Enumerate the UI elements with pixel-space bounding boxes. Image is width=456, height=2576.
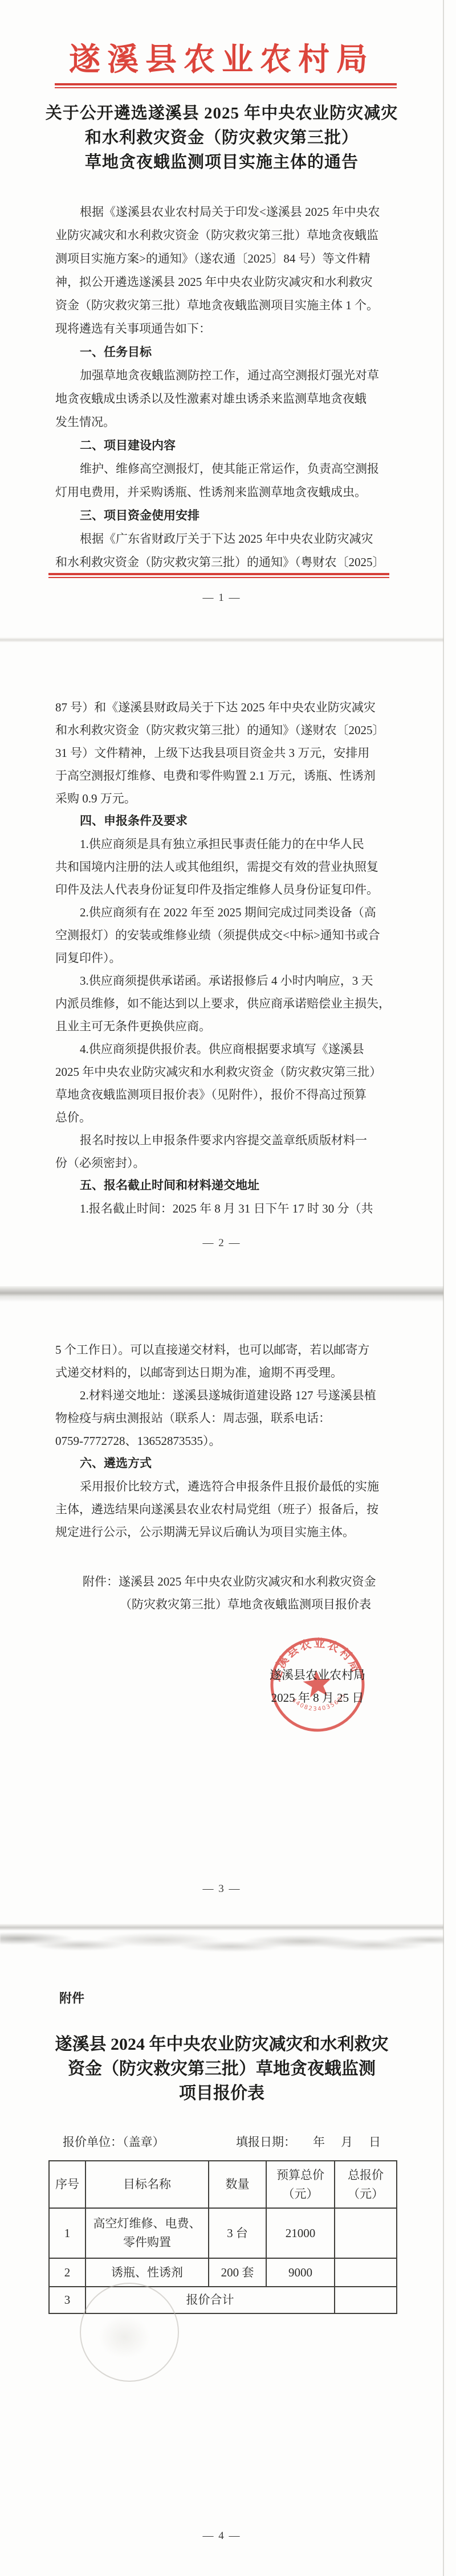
body-line: 式递交材料的，以邮寄到达日期为准，逾期不再受理。 xyxy=(55,1361,401,1384)
row-no-cell: 3 xyxy=(49,2287,85,2313)
body-line: 87 号）和《遂溪县财政局关于下达 2025 年中央农业防灾减灾 xyxy=(55,696,401,719)
section-heading: 六、遴选方式 xyxy=(55,1452,401,1475)
section-heading: 二、项目建设内容 xyxy=(55,434,401,457)
row-no-cell: 1 xyxy=(49,2208,85,2258)
quantity-cell: 3 台 xyxy=(209,2208,266,2258)
quote-cell xyxy=(335,2287,397,2313)
body-line: 发生情况。 xyxy=(55,411,401,434)
body-line: 根据《广东省财政厅关于下达 2025 年中央农业防灾减灾 xyxy=(55,527,401,551)
body-line: 神，拟公开遴选遂溪县 2025 年中央农业防灾减灾和水利救灾 xyxy=(55,271,401,294)
budget-cell: 9000 xyxy=(266,2258,335,2287)
fill-date-day: 日 xyxy=(369,2135,381,2149)
attachment-label: 附件 xyxy=(59,1991,84,2006)
item-name-cell: 高空灯维修、电费、 零件购置 xyxy=(85,2208,209,2258)
red-footer-rule-thin xyxy=(48,577,389,578)
body-line: 份（必须密封）。 xyxy=(55,1152,401,1174)
doc-title-line: 草地贪夜蛾监测项目实施主体的通告 xyxy=(0,150,443,175)
seal-bleed-through xyxy=(80,2283,179,2382)
page-1: 遂溪县农业农村局 关于公开遴选遂溪县 2025 年中央农业防灾减灾 和水利救灾资… xyxy=(0,0,456,640)
body-line: 且业主可无条件更换供应商。 xyxy=(55,1015,401,1038)
page-4: 附件 遂溪县 2024 年中央农业防灾减灾和水利救灾 资金（防灾救灾第三批）草地… xyxy=(0,1930,456,2576)
budget-cell: 21000 xyxy=(266,2208,335,2258)
body-line: 共和国境内注册的法人或其他组织，需提交有效的营业执照复 xyxy=(55,855,401,878)
body-line: 5 个工作日）。可以直接递交材料，也可以邮寄，若以邮寄方 xyxy=(55,1338,401,1361)
body-line: 3.供应商须提供承诺函。承诺报修后 4 小时内响应，3 天 xyxy=(55,969,401,992)
scan-noise-band xyxy=(0,1931,443,1957)
scanned-notice-document: 遂溪县农业农村局 关于公开遴选遂溪县 2025 年中央农业防灾减灾 和水利救灾资… xyxy=(0,0,456,2576)
body-line: 草地贪夜蛾监测项目报价表》（见附件），报价不得高过预算 xyxy=(55,1083,401,1106)
table-header-cell: 数量 xyxy=(209,2161,266,2208)
page-number: — 3 — xyxy=(0,1883,443,1895)
issue-date: 2025 年 8 月 25 日 xyxy=(258,1690,377,1705)
body-line: 和水利救灾资金（防灾救灾第三批）的通知》（遂财农〔2025〕 xyxy=(55,719,401,742)
quote-unit-label: 报价单位：（盖章） xyxy=(63,2135,165,2149)
body-line: 和水利救灾资金（防灾救灾第三批）的通知》（粤财农〔2025〕 xyxy=(55,551,401,574)
body-line: 采购 0.9 万元。 xyxy=(55,787,401,810)
body-line: 31 号）文件精神，上级下达我县项目资金共 3 万元，安排用 xyxy=(55,742,401,764)
scan-edge-line xyxy=(443,0,444,2576)
official-seal: 遂溪县农业农村局 4408234035605 xyxy=(263,1631,372,1739)
body-line: 现将遴选有关事项通告如下： xyxy=(55,317,401,341)
body-line: 1.供应商须是具有独立承担民事责任能力的在中华人民 xyxy=(55,833,401,855)
quantity-cell: 200 套 xyxy=(209,2258,266,2287)
table-header-cell: 目标名称 xyxy=(85,2161,209,2208)
agency-red-header: 遂溪县农业农村局 xyxy=(0,43,443,76)
item-name-cell: 诱瓶、性诱剂 xyxy=(85,2258,209,2287)
body-line: 总价。 xyxy=(55,1106,401,1129)
body-line: 空测报灯）的安装或维修业绩（须提供成交<中标>通知书或合 xyxy=(55,924,401,947)
body-line: 0759-7772728、13652873535）。 xyxy=(55,1430,401,1452)
body-line: 测项目实施方案>的通知》（遂农通〔2025〕84 号）等文件精 xyxy=(55,247,401,271)
page-3-body: 5 个工作日）。可以直接递交材料，也可以邮寄，若以邮寄方 式递交材料的，以邮寄到… xyxy=(55,1338,401,1543)
red-footer-rule-thick xyxy=(48,573,389,575)
body-line: 资金（防灾救灾第三批）草地贪夜蛾监测项目实施主体 1 个。 xyxy=(55,294,401,317)
doc-title: 关于公开遴选遂溪县 2025 年中央农业防灾减灾 和水利救灾资金（防灾救灾第三批… xyxy=(0,101,443,175)
body-line: 加强草地贪夜蛾监测防控工作，通过高空测报灯强光对草 xyxy=(55,364,401,387)
doc-title-line: 关于公开遴选遂溪县 2025 年中央农业防灾减灾 xyxy=(0,101,443,126)
body-line: 同复印件）。 xyxy=(55,947,401,969)
page-1-body: 根据《遂溪县农业农村局关于印发<遂溪县 2025 年中央农 业防灾减灾和水利救灾… xyxy=(55,200,401,574)
section-heading: 三、项目资金使用安排 xyxy=(55,504,401,527)
table-header-cell: 序号 xyxy=(49,2161,85,2208)
body-line: 4.供应商须提供报价表。供应商根据要求填写《遂溪县 xyxy=(55,1038,401,1060)
body-line: 地贪夜蛾成虫诱杀以及性激素对雄虫诱杀来监测草地贪夜蛾 xyxy=(55,387,401,411)
body-line: 规定进行公示，公示期满无异议后确认为项目实施主体。 xyxy=(55,1521,401,1543)
body-line: 2.材料递交地址：遂溪县遂城街道建设路 127 号遂溪县植 xyxy=(55,1384,401,1407)
row-no-cell: 2 xyxy=(49,2258,85,2287)
table-row: 1 高空灯维修、电费、 零件购置 3 台 21000 xyxy=(49,2208,397,2258)
section-heading: 一、任务目标 xyxy=(55,341,401,364)
body-line: 维护、维修高空测报灯，使其能正常运作，负责高空测报 xyxy=(55,457,401,481)
body-line: 采用报价比较方式，遴选符合申报条件且报价最低的实施 xyxy=(55,1475,401,1498)
body-line: 业防灾减灾和水利救灾资金（防灾救灾第三批）草地贪夜蛾监 xyxy=(55,224,401,247)
issuer-name: 遂溪县农业农村局 xyxy=(258,1668,377,1682)
body-line: 物检疫与病虫测报站（联系人：周志强，联系电话： xyxy=(55,1407,401,1430)
fill-date-label: 填报日期： xyxy=(236,2135,296,2149)
page-number: — 1 — xyxy=(0,592,443,604)
body-line: 2025 年中央农业防灾减灾和水利救灾资金（防灾救灾第三批） xyxy=(55,1060,401,1083)
attachment-reference-line: 附件：遂溪县 2025 年中央农业防灾减灾和水利救灾资金 xyxy=(83,1570,402,1593)
table-header-cell: 总报价 （元） xyxy=(335,2161,397,2208)
body-line: 灯用电费用，并采购诱瓶、性诱剂来监测草地贪夜蛾成虫。 xyxy=(55,481,401,504)
body-line: 于高空测报灯维修、电费和零件购置 2.1 万元，诱瓶、性诱剂 xyxy=(55,764,401,787)
page-2-body: 87 号）和《遂溪县财政局关于下达 2025 年中央农业防灾减灾 和水利救灾资金… xyxy=(55,696,401,1220)
body-line: 印件及法人代表身份证复印件及指定维修人员身份证复印件。 xyxy=(55,878,401,901)
table-row: 2 诱瓶、性诱剂 200 套 9000 xyxy=(49,2258,397,2287)
body-line: 根据《遂溪县农业农村局关于印发<遂溪县 2025 年中央农 xyxy=(55,200,401,224)
quote-cell xyxy=(335,2258,397,2287)
fill-date-month: 月 xyxy=(341,2135,353,2149)
attachment-title-line: 项目报价表 xyxy=(0,2081,443,2106)
doc-title-line: 和水利救灾资金（防灾救灾第三批） xyxy=(0,126,443,150)
section-heading: 四、申报条件及要求 xyxy=(55,810,401,833)
attachment-title: 遂溪县 2024 年中央农业防灾减灾和水利救灾 资金（防灾救灾第三批）草地贪夜蛾… xyxy=(0,2032,443,2106)
page-3: 5 个工作日）。可以直接递交材料，也可以邮寄，若以邮寄方 式递交材料的，以邮寄到… xyxy=(0,1293,456,1930)
red-separator-thick xyxy=(55,83,397,85)
attachment-title-line: 资金（防灾救灾第三批）草地贪夜蛾监测 xyxy=(0,2057,443,2081)
table-header-cell: 预算总价 （元） xyxy=(266,2161,335,2208)
section-heading: 五、报名截止时间和材料递交地址 xyxy=(55,1174,401,1197)
body-line: 内派员维修，如不能达到以上要求，供应商承诺赔偿业主损失， xyxy=(55,992,401,1015)
body-line: 2.供应商须有在 2022 年至 2025 期间完成过同类设备（高 xyxy=(55,901,401,924)
table-header-row: 序号 目标名称 数量 预算总价 （元） 总报价 （元） xyxy=(49,2161,397,2208)
page-number: — 2 — xyxy=(0,1237,443,1250)
body-line: 1.报名截止时间：2025 年 8 月 31 日下午 17 时 30 分（共 xyxy=(55,1197,401,1220)
page-number: — 4 — xyxy=(0,2530,443,2542)
page-2: 87 号）和《遂溪县财政局关于下达 2025 年中央农业防灾减灾 和水利救灾资金… xyxy=(0,640,456,1293)
body-line: 主体，遴选结果向遂溪县农业农村局党组（班子）报备后，按 xyxy=(55,1498,401,1521)
body-line: 报名时按以上申报条件要求内容提交盖章纸质版材料一 xyxy=(55,1129,401,1152)
quote-cell xyxy=(335,2208,397,2258)
fill-date-year: 年 xyxy=(313,2135,325,2149)
attachment-title-line: 遂溪县 2024 年中央农业防灾减灾和水利救灾 xyxy=(0,2032,443,2057)
red-separator-thin xyxy=(55,87,397,88)
attachment-reference-line: （防灾救灾第三批）草地贪夜蛾监测项目报价表 xyxy=(120,1593,405,1616)
